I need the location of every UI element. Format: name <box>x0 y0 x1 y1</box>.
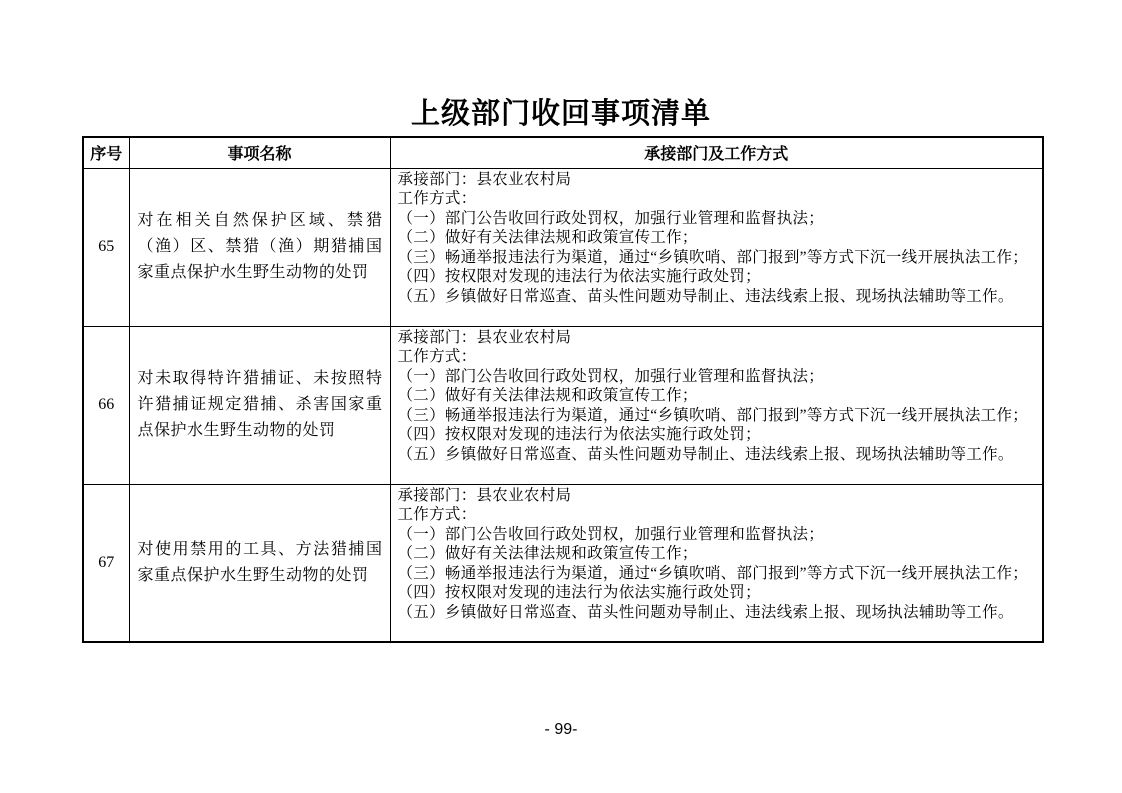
row-work-method: 承接部门：县农业农村局 工作方式： （一）部门公告收回行政处罚权，加强行业管理和… <box>390 484 1043 642</box>
method-item: （三）畅通举报违法行为渠道，通过“乡镇吹哨、部门报到”等方式下沉一线开展执法工作… <box>398 248 1038 268</box>
method-item: （一）部门公告收回行政处罚权，加强行业管理和监督执法； <box>398 525 1038 545</box>
table-row: 65 对在相关自然保护区域、禁猎（渔）区、禁猎（渔）期猎捕国家重点保护水生野生动… <box>83 168 1043 326</box>
method-label: 工作方式： <box>398 189 1038 209</box>
row-work-method: 承接部门：县农业农村局 工作方式： （一）部门公告收回行政处罚权，加强行业管理和… <box>390 326 1043 484</box>
method-item: （三）畅通举报违法行为渠道，通过“乡镇吹哨、部门报到”等方式下沉一线开展执法工作… <box>398 564 1038 584</box>
method-item: （四）按权限对发现的违法行为依法实施行政处罚； <box>398 425 1038 445</box>
page-number: - 99- <box>0 721 1122 739</box>
department-line: 承接部门：县农业农村局 <box>398 486 1038 506</box>
table-header: 序号 事项名称 承接部门及工作方式 <box>83 137 1043 168</box>
row-item-name: 对使用禁用的工具、方法猎捕国家重点保护水生野生动物的处罚 <box>129 484 390 642</box>
department-line: 承接部门：县农业农村局 <box>398 328 1038 348</box>
method-item: （四）按权限对发现的违法行为依法实施行政处罚； <box>398 267 1038 287</box>
row-serial: 66 <box>83 326 129 484</box>
row-item-name: 对在相关自然保护区域、禁猎（渔）区、禁猎（渔）期猎捕国家重点保护水生野生动物的处… <box>129 168 390 326</box>
row-serial: 67 <box>83 484 129 642</box>
items-table: 序号 事项名称 承接部门及工作方式 65 对在相关自然保护区域、禁猎（渔）区、禁… <box>82 136 1044 643</box>
method-item: （二）做好有关法律法规和政策宣传工作； <box>398 386 1038 406</box>
row-work-method: 承接部门：县农业农村局 工作方式： （一）部门公告收回行政处罚权，加强行业管理和… <box>390 168 1043 326</box>
row-item-name: 对未取得特许猎捕证、未按照特许猎捕证规定猎捕、杀害国家重点保护水生野生动物的处罚 <box>129 326 390 484</box>
method-item: （一）部门公告收回行政处罚权，加强行业管理和监督执法； <box>398 367 1038 387</box>
method-label: 工作方式： <box>398 505 1038 525</box>
col-header-work-method: 承接部门及工作方式 <box>390 137 1043 168</box>
table-row: 67 对使用禁用的工具、方法猎捕国家重点保护水生野生动物的处罚 承接部门：县农业… <box>83 484 1043 642</box>
table-row: 66 对未取得特许猎捕证、未按照特许猎捕证规定猎捕、杀害国家重点保护水生野生动物… <box>83 326 1043 484</box>
method-item: （五）乡镇做好日常巡查、苗头性问题劝导制止、违法线索上报、现场执法辅助等工作。 <box>398 287 1038 307</box>
col-header-item-name: 事项名称 <box>129 137 390 168</box>
col-header-serial: 序号 <box>83 137 129 168</box>
method-item: （二）做好有关法律法规和政策宣传工作； <box>398 228 1038 248</box>
method-item: （二）做好有关法律法规和政策宣传工作； <box>398 544 1038 564</box>
department-line: 承接部门：县农业农村局 <box>398 170 1038 190</box>
method-item: （五）乡镇做好日常巡查、苗头性问题劝导制止、违法线索上报、现场执法辅助等工作。 <box>398 445 1038 465</box>
method-item: （四）按权限对发现的违法行为依法实施行政处罚； <box>398 583 1038 603</box>
method-item: （三）畅通举报违法行为渠道，通过“乡镇吹哨、部门报到”等方式下沉一线开展执法工作… <box>398 406 1038 426</box>
row-serial: 65 <box>83 168 129 326</box>
method-label: 工作方式： <box>398 347 1038 367</box>
method-item: （五）乡镇做好日常巡查、苗头性问题劝导制止、违法线索上报、现场执法辅助等工作。 <box>398 603 1038 623</box>
page-title: 上级部门收回事项清单 <box>0 91 1122 132</box>
method-item: （一）部门公告收回行政处罚权，加强行业管理和监督执法； <box>398 209 1038 229</box>
header-row: 序号 事项名称 承接部门及工作方式 <box>83 137 1043 168</box>
